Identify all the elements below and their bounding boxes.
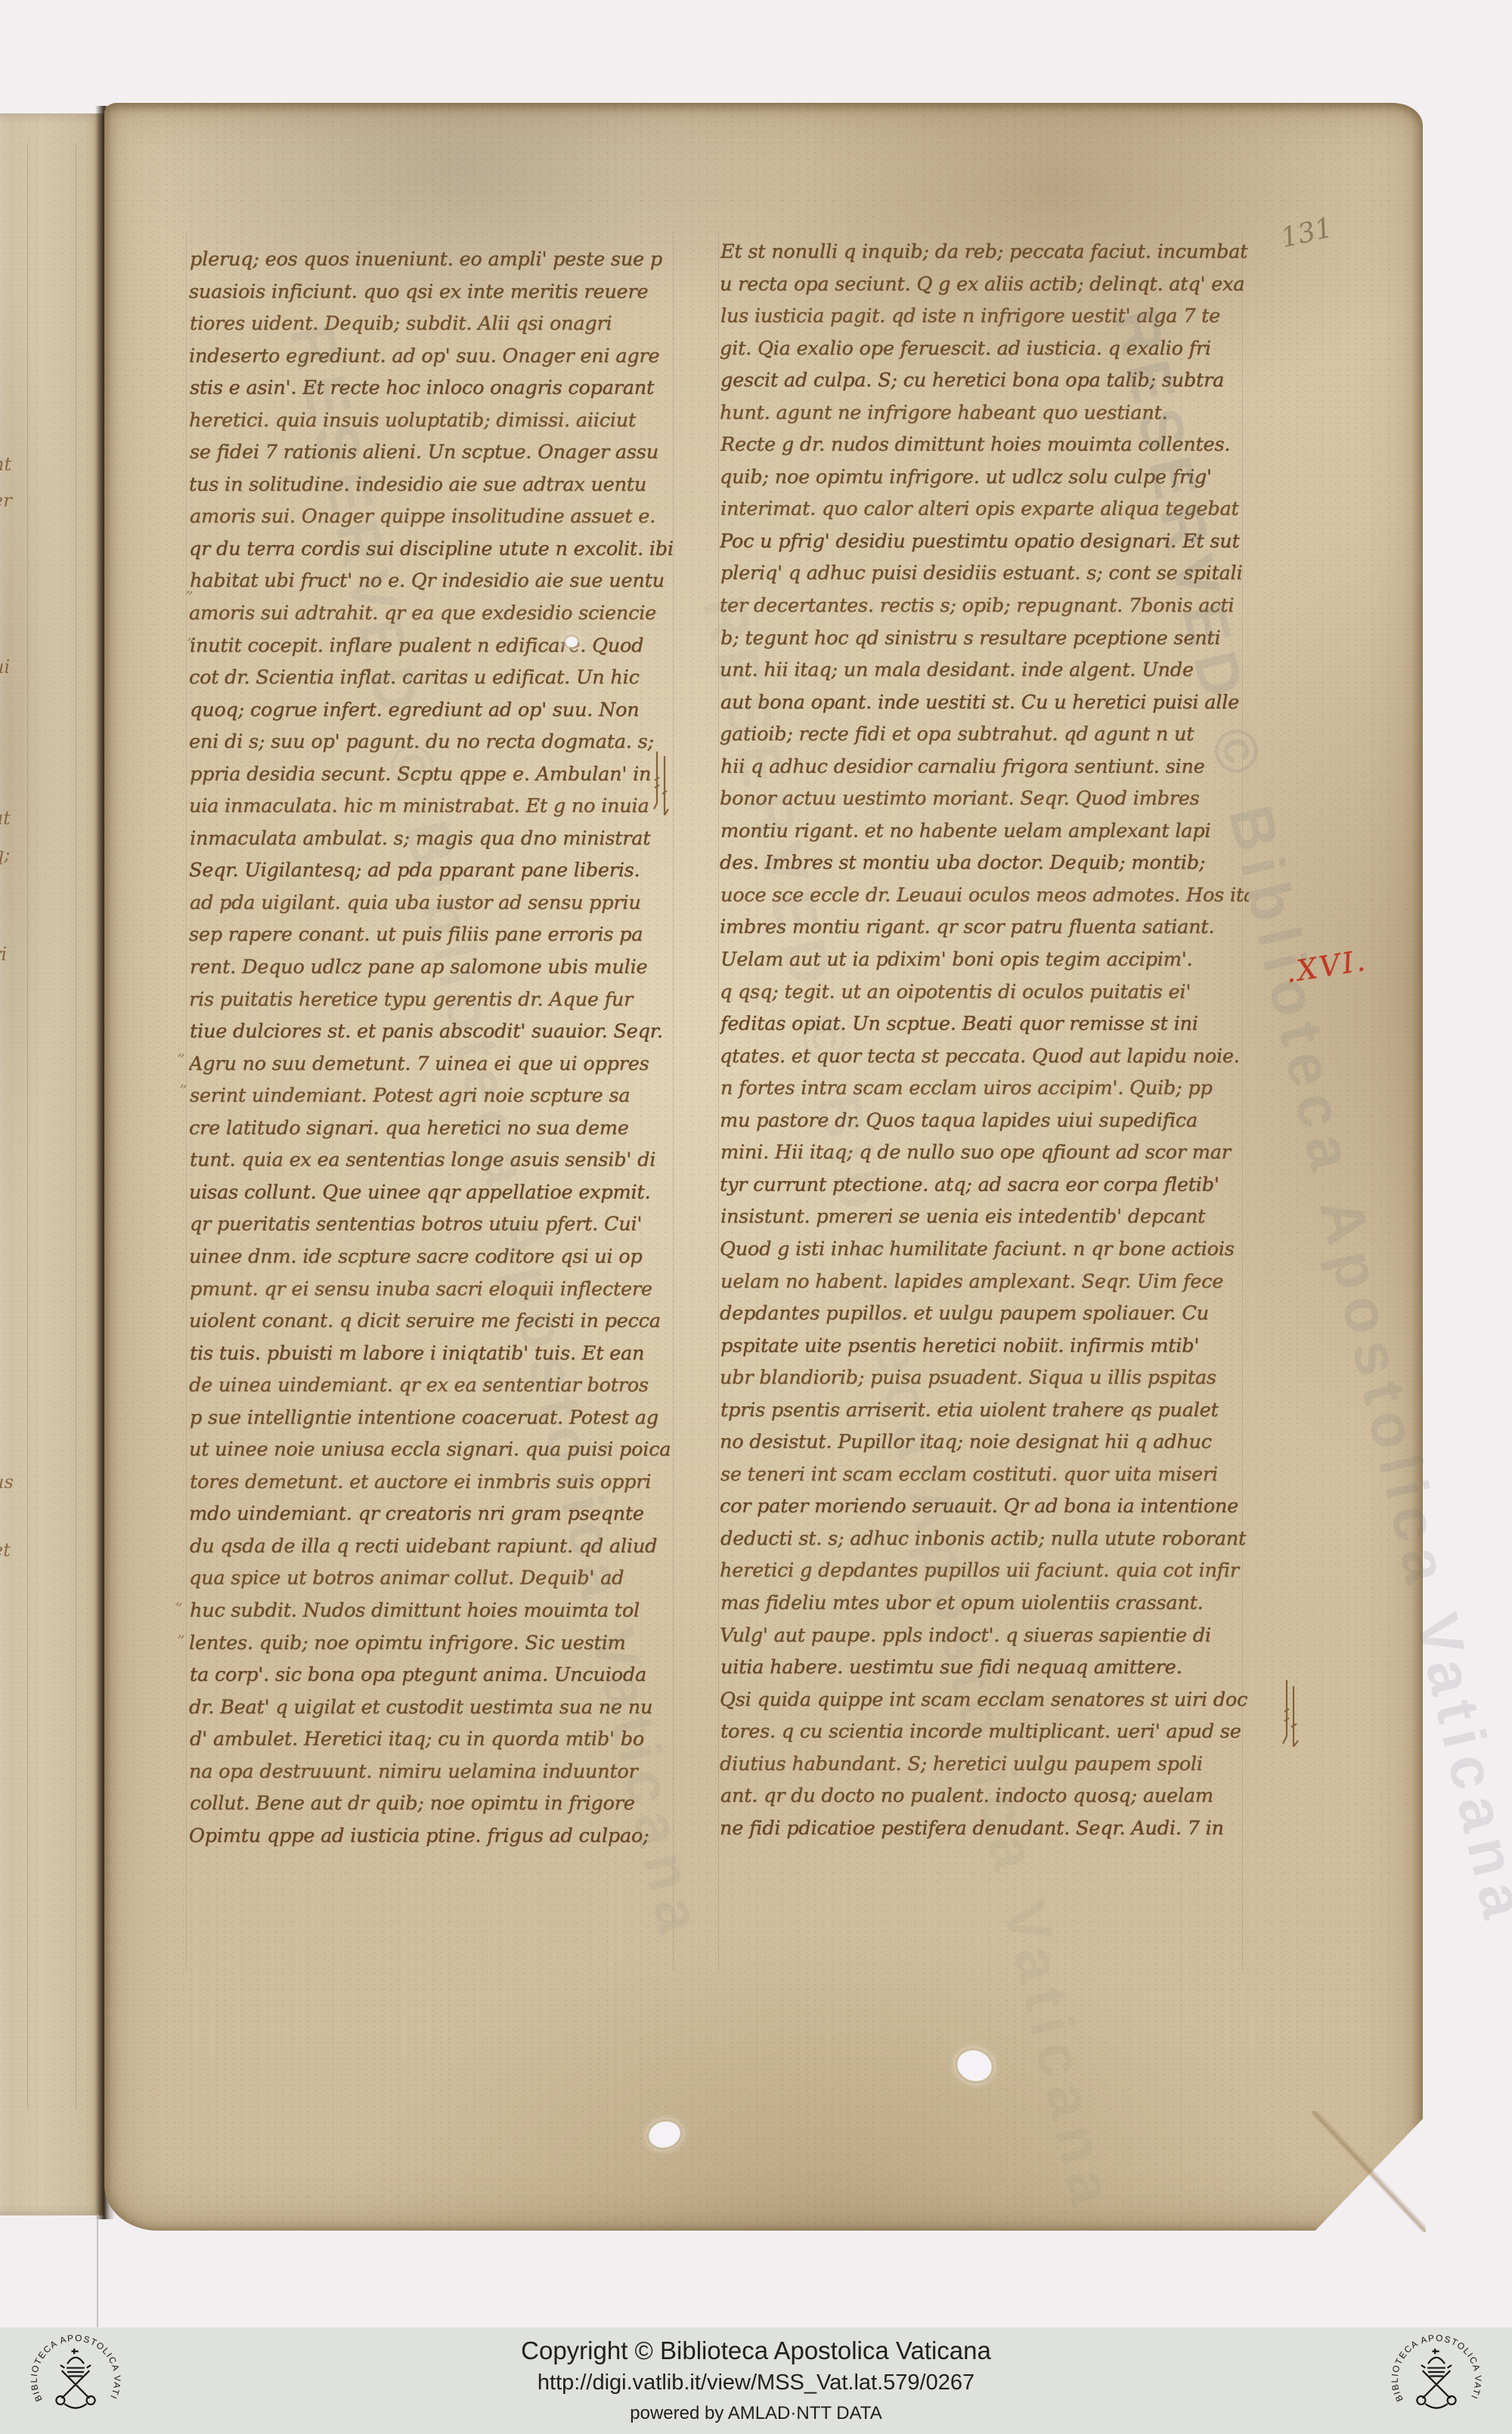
manuscript-line: tiores uident. Dequib; subdit. Alii qsi … xyxy=(190,308,679,340)
manuscript-line: quoq; cogrue infert. egrediunt ad op' su… xyxy=(190,694,679,727)
manuscript-line: ppria desidia secunt. Scptu qppe e. Ambu… xyxy=(190,758,679,791)
ruling-line xyxy=(27,144,28,2110)
manuscript-line: u recta opa seciunt. Q g ex aliis actib;… xyxy=(720,268,1249,301)
manuscript-line: Et st nonulli q inquib; da reb; peccata … xyxy=(720,236,1249,268)
manuscript-line: aut bona opant. inde uestiti st. Cu u he… xyxy=(720,687,1249,719)
manuscript-line: uoce sce eccle dr. Leuaui oculos meos ad… xyxy=(720,879,1249,912)
manuscript-line: de uinea uindemiant. qr ex ea sententiar… xyxy=(189,1369,679,1402)
manuscript-line: git. Qia exalio ope feruescit. ad iustic… xyxy=(720,333,1249,365)
manuscript-line: feditas opiat. Un scptue. Beati quor rem… xyxy=(720,1008,1249,1040)
manuscript-column-right: Et st nonulli q inquib; da reb; peccata … xyxy=(720,236,1249,1862)
manuscript-line: no desistut. Pupillor itaq; noie designa… xyxy=(720,1426,1249,1459)
manuscript-line: tunt. quia ex ea sententias longe asuis … xyxy=(190,1144,679,1177)
manuscript-line: tiue dulciores st. et panis abscodit' su… xyxy=(190,1015,679,1048)
manuscript-line: Opimtu qppe ad iusticia ptine. frigus ad… xyxy=(189,1820,679,1853)
manuscript-line: suasiois inficiunt. quo qsi ex inte meri… xyxy=(189,276,679,309)
manuscript-line: b; tegunt hoc qd sinistru s resultare pc… xyxy=(720,622,1249,655)
manuscript-line: Qsi quida quippe int scam ecclam senator… xyxy=(720,1684,1249,1716)
manuscript-line: Vulg' aut paupe. ppls indoct'. q siueras… xyxy=(720,1620,1249,1652)
manuscript-line: stis e asin'. Et recte hoc inloco onagri… xyxy=(190,372,679,405)
manuscript-line: pleriq' q adhuc puisi desidiis estuant. … xyxy=(720,557,1249,590)
manuscript-line: huc subdit. Nudos dimittunt hoies mouimt… xyxy=(190,1595,679,1627)
manuscript-line: imbres montiu rigant. qr scor patru flue… xyxy=(720,911,1249,944)
book-board-edge xyxy=(97,2214,98,2327)
manuscript-line: heretici. quia insuis uoluptatib; dimiss… xyxy=(189,405,679,437)
manuscript-line: pmunt. qr ei sensu inuba sacri eloquii i… xyxy=(190,1273,679,1306)
manuscript-line: ne fidi pdicatioe pestifera denudant. Se… xyxy=(720,1812,1249,1845)
manuscript-line: mu pastore dr. Quos taqua lapides uiui s… xyxy=(720,1105,1249,1137)
manuscript-line: sep rapere conant. ut puis filiis pane e… xyxy=(189,919,679,951)
manuscript-line: mini. Hii itaq; q de nullo suo ope qfiou… xyxy=(720,1136,1249,1169)
manuscript-line: tyr currunt ptectione. atq; ad sacra eor… xyxy=(720,1169,1249,1201)
facing-text-fragment: q; xyxy=(0,844,10,865)
manuscript-line: tores. q cu scientia incorde multiplican… xyxy=(720,1716,1249,1748)
manuscript-line: inmaculata ambulat. s; magis qua dno min… xyxy=(190,823,679,855)
leaf-corner-edge xyxy=(1312,2111,1426,2232)
manuscript-line: q qsq; tegit. ut an oipotentis di oculos… xyxy=(720,976,1249,1009)
manuscript-line: bonor actuu uestimto moriant. Seqr. Quod… xyxy=(720,783,1249,815)
manuscript-line: Recte g dr. nudos dimittunt hoies mouimt… xyxy=(720,429,1249,461)
manuscript-line: pleruq; eos quos inueniunt. eo ampli' pe… xyxy=(190,243,679,276)
facing-text-fragment: at xyxy=(0,808,11,829)
manuscript-column-left: pleruq; eos quos inueniunt. eo ampli' pe… xyxy=(189,243,679,1862)
manuscript-line: pspitate uite psentis heretici nobiit. i… xyxy=(720,1330,1249,1363)
ruling-line xyxy=(718,231,719,1970)
manuscript-line: ad pda uigilant. quia uba iustor ad sens… xyxy=(190,887,679,919)
manuscript-line: Uelam aut ut ia pdixim' boni opis tegim … xyxy=(720,944,1249,976)
manuscript-line: lentes. quib; noe opimtu infrigore. Sic … xyxy=(189,1627,679,1660)
manuscript-line: habitat ubi fruct' no e. Qr indesidio ai… xyxy=(190,565,679,597)
manuscript-line: p sue intelligntie intentione coaceruat.… xyxy=(190,1402,679,1434)
manuscript-line: deducti st. s; adhuc inbonis actib; null… xyxy=(720,1523,1249,1555)
manuscript-line: du qsda de illa q recti uidebant rapiunt… xyxy=(190,1530,679,1563)
manuscript-line: amoris sui adtrahit. qr ea que exdesidio… xyxy=(189,597,679,630)
manuscript-line: uiolent conant. q dicit seruire me fecis… xyxy=(189,1305,679,1338)
manuscript-line: tis tuis. pbuisti m labore i iniqtatib' … xyxy=(190,1338,679,1370)
parchment-texture xyxy=(0,113,104,2215)
manuscript-line: lus iusticia pagit. qd iste n infrigore … xyxy=(720,300,1249,333)
manuscript-line: cot dr. Scientia inflat. caritas u edifi… xyxy=(189,662,679,694)
manuscript-line: qr du terra cordis sui discipline utute … xyxy=(189,533,679,566)
parchment-hole xyxy=(565,637,578,647)
vatican-crest-icon xyxy=(56,2349,94,2408)
manuscript-line: uisas collunt. Que uinee qqr appellatioe… xyxy=(189,1177,679,1209)
manuscript-line: inutit cocepit. inflare pualent n edific… xyxy=(190,630,679,662)
facing-page-edge: nt er ui at q; ri us et xyxy=(0,113,104,2215)
manuscript-line: Seqr. Uigilantesq; ad pda pparant pane l… xyxy=(189,854,679,887)
manuscript-line: hii q adhuc desidior carnaliu frigora se… xyxy=(720,751,1249,783)
manuscript-line: hunt. agunt ne infrigore habeant quo ues… xyxy=(720,397,1249,429)
manuscript-line: uinee dnm. ide scpture sacre coditore qs… xyxy=(189,1241,679,1273)
manuscript-line: se teneri int scam ecclam costituti. quo… xyxy=(720,1459,1249,1491)
facing-text-fragment: us xyxy=(0,1471,14,1493)
manuscript-line: cre latitudo signari. qua heretici no su… xyxy=(189,1112,679,1145)
footer-copyright: Copyright © Biblioteca Apostolica Vatica… xyxy=(0,2336,1512,2365)
manuscript-line: d' ambulet. Heretici itaq; cu in quorda … xyxy=(190,1723,679,1756)
manuscript-line: dr. Beat' q uigilat et custodit uestimta… xyxy=(189,1691,679,1724)
manuscript-line: collut. Bene aut dr quib; noe opimtu in … xyxy=(190,1788,679,1820)
manuscript-line: heretici g depdantes pupillos uii faciun… xyxy=(720,1555,1249,1587)
manuscript-line: gatioib; recte fidi et opa subtrahut. qd… xyxy=(720,718,1249,751)
manuscript-line: diutius habundant. S; heretici uulgu pau… xyxy=(720,1748,1249,1781)
manuscript-line: ris puitatis heretice typu gerentis dr. … xyxy=(189,984,679,1016)
manuscript-line: Quod g isti inhac humilitate faciunt. n … xyxy=(720,1233,1249,1266)
footer: Copyright © Biblioteca Apostolica Vatica… xyxy=(0,2327,1512,2434)
manuscript-line: uelam no habent. lapides amplexant. Seqr… xyxy=(720,1266,1249,1298)
manuscript-line: tus in solitudine. indesidio aie sue adt… xyxy=(189,469,679,501)
manuscript-line: uitia habere. uestimtu sue fidi nequaq a… xyxy=(720,1651,1249,1684)
facing-text-fragment: er xyxy=(0,490,12,511)
manuscript-line: uia inmaculata. hic m ministrabat. Et g … xyxy=(189,790,679,823)
manuscript-line: se fidei 7 rationis alieni. Un scptue. O… xyxy=(190,436,679,469)
footer-url: http://digi.vatlib.it/view/MSS_Vat.lat.5… xyxy=(0,2370,1512,2395)
ruling-line xyxy=(76,144,76,2110)
manuscript-line: unt. hii itaq; un mala desidant. inde al… xyxy=(720,654,1249,687)
manuscript-line: ut uinee noie uniusa eccla signari. qua … xyxy=(189,1434,679,1466)
manuscript-line: tores demetunt. et auctore ei inmbris su… xyxy=(190,1466,679,1499)
manuscript-line: serint uindemiant. Potest agri noie scpt… xyxy=(190,1080,679,1112)
ruling-line xyxy=(186,231,187,1970)
manuscript-line: ta corp'. sic bona opa ptegunt anima. Un… xyxy=(190,1659,679,1691)
vatican-library-logo: BIBLIOTECA APOSTOLICA VATICANA xyxy=(27,2332,124,2429)
manuscript-line: quib; noe opimtu infrigore. ut udlcz sol… xyxy=(720,461,1249,494)
manuscript-line: mas fideliu mtes ubor et opum uiolentiis… xyxy=(720,1587,1249,1620)
manuscript-line: Poc u pfrig' desidiu puestimtu opatio de… xyxy=(720,526,1249,558)
manuscript-line: n fortes intra scam ecclam uiros accipim… xyxy=(720,1072,1249,1105)
manuscript-line: rent. Dequo udlcz pane ap salomone ubis … xyxy=(190,951,679,984)
manuscript-line: na opa destruuunt. nimiru uelamina induu… xyxy=(189,1756,679,1788)
manuscript-line: insistunt. pmereri se uenia eis intedent… xyxy=(720,1201,1249,1233)
manuscript-line: ant. qr du docto no pualent. indocto quo… xyxy=(720,1780,1249,1812)
manuscript-line: tpris psentis arriserit. etia uiolent tr… xyxy=(720,1394,1249,1427)
vatican-library-logo: BIBLIOTECA APOSTOLICA VATICANA xyxy=(1388,2332,1485,2429)
manuscript-line: depdantes pupillos. et uulgu paupem spol… xyxy=(720,1298,1249,1330)
vatican-crest-icon xyxy=(1417,2349,1455,2408)
facing-text-fragment: ui xyxy=(0,656,10,677)
digitized-manuscript-viewer: nt er ui at q; ri us et 131 .XVI. „ „ „ xyxy=(0,0,1512,2434)
manuscript-line: indeserto egrediunt. ad op' suu. Onager … xyxy=(189,340,679,373)
manuscript-line: qtates. et quor tecta st peccata. Quod a… xyxy=(720,1040,1249,1073)
manuscript-line: eni di s; suu op' pagunt. du no recta do… xyxy=(189,726,679,758)
manuscript-line: interimat. quo calor alteri opis exparte… xyxy=(720,493,1249,526)
manuscript-line: ter decertantes. rectis s; opib; repugna… xyxy=(720,590,1249,622)
manuscript-line: montiu rigant. et no habente uelam ample… xyxy=(720,815,1249,848)
manuscript-line: mdo uindemiant. qr creatoris nri gram ps… xyxy=(189,1498,679,1530)
facing-text-fragment: ri xyxy=(0,944,7,965)
manuscript-line: cor pater moriendo seruauit. Qr ad bona … xyxy=(720,1490,1249,1523)
manuscript-line: ubr blandiorib; puisa psuadent. Siqua u … xyxy=(720,1362,1249,1394)
facing-text-fragment: nt xyxy=(0,454,11,475)
manuscript-line: gescit ad culpa. S; cu heretici bona opa… xyxy=(720,364,1249,397)
manuscript-line: des. Imbres st montiu uba doctor. Dequib… xyxy=(720,847,1249,879)
facing-text-fragment: et xyxy=(0,1539,11,1561)
manuscript-line: amoris sui. Onager quippe insolitudine a… xyxy=(190,501,679,533)
manuscript-line: qua spice ut botros animar collut. Dequi… xyxy=(189,1562,679,1595)
footer-powered-by: powered by AMLAD·NTT DATA xyxy=(0,2403,1512,2424)
nota-mark-icon xyxy=(1280,1677,1300,1753)
manuscript-line: Agru no suu demetunt. 7 uinea ei que ui … xyxy=(189,1048,679,1081)
manuscript-line: qr pueritatis sententias botros utuiu pf… xyxy=(190,1208,679,1241)
